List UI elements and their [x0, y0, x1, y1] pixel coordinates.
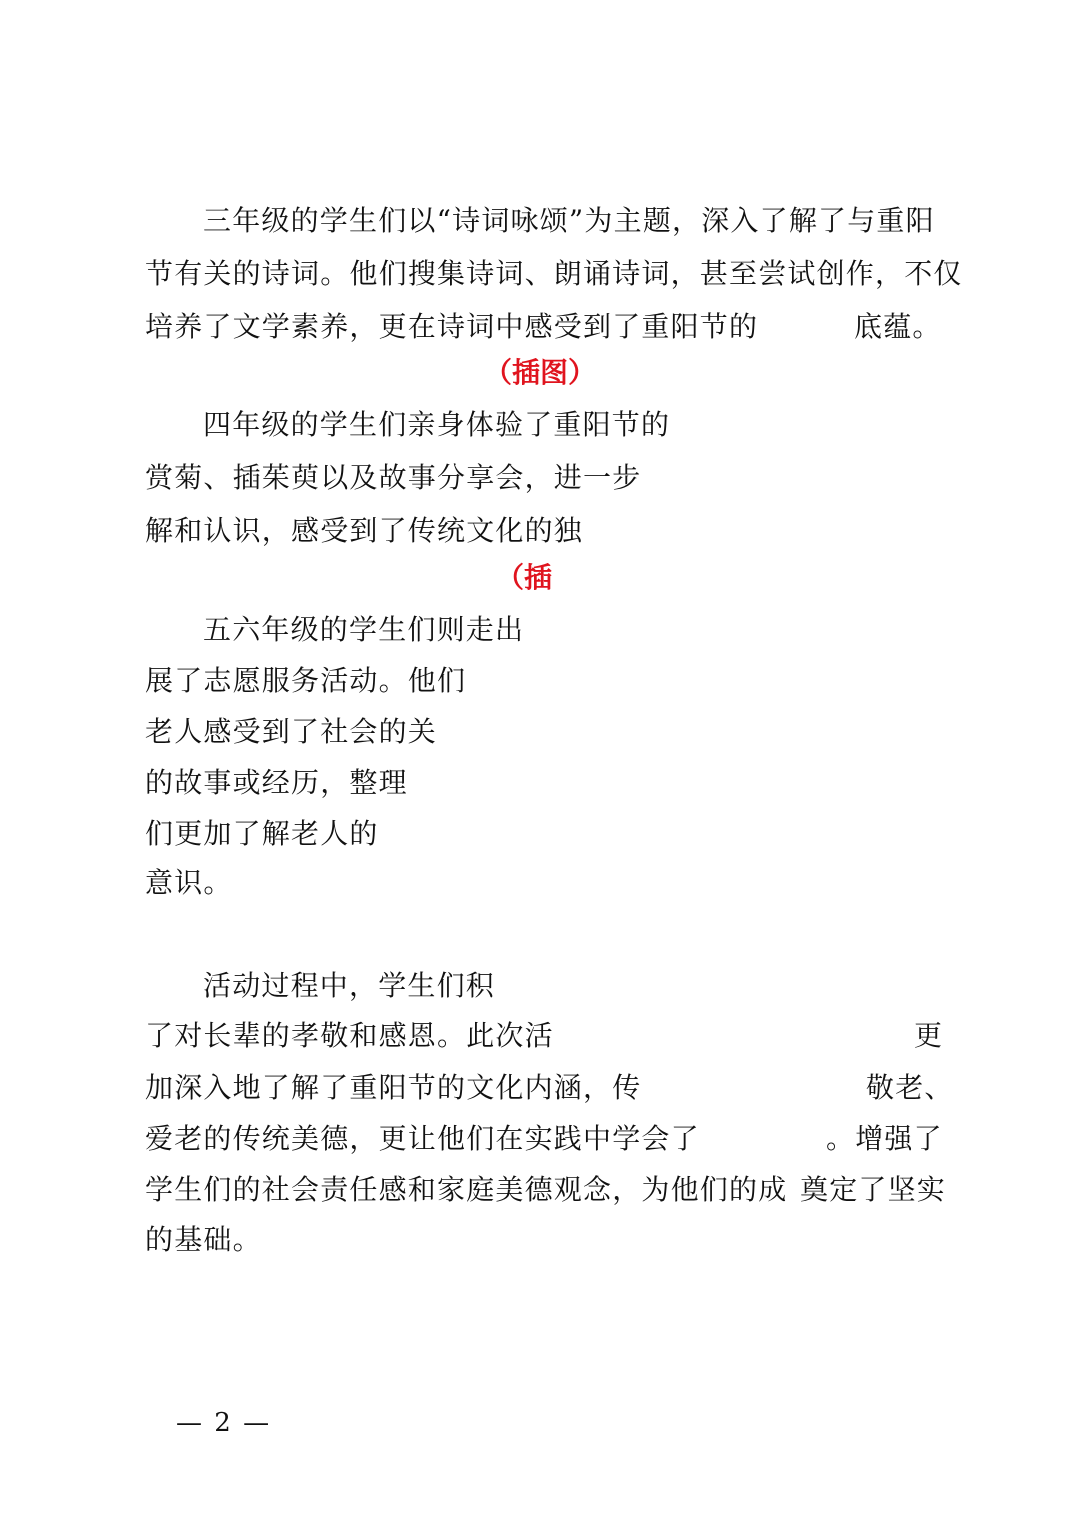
paragraph-grade3-line-3: 培养了文学素养，更在诗词中感受到了重阳节的 [145, 310, 758, 344]
paragraph-grade56-line-4: 的故事或经历，整理 [145, 766, 408, 800]
paragraph-summary-line-3: 加深入地了解了重阳节的文化内涵，传 [145, 1071, 641, 1105]
illustration-label-partial: （插 [496, 561, 552, 595]
paragraph-summary-line-2-end: 更 [914, 1019, 943, 1053]
paragraph-grade3-line-2: 节有关的诗词。他们搜集诗词、朗诵诗词，甚至尝试创作，不仅 [145, 257, 963, 291]
paragraph-grade56-line-1: 五六年级的学生们则走出 [203, 613, 524, 647]
paragraph-grade3-line-1: 三年级的学生们以“诗词咏颂”为主题，深入了解了与重阳 [203, 204, 935, 238]
paragraph-grade56-line-5: 们更加了解老人的 [145, 817, 379, 851]
paragraph-summary-line-2: 了对长辈的孝敬和感恩。此次活 [145, 1019, 554, 1053]
page-number: — 2 — [176, 1408, 271, 1438]
document-page: 三年级的学生们以“诗词咏颂”为主题，深入了解了与重阳 节有关的诗词。他们搜集诗词… [0, 0, 1080, 1527]
paragraph-summary-line-3-end: 敬老、 [866, 1071, 954, 1105]
paragraph-grade56-line-3: 老人感受到了社会的关 [145, 715, 437, 749]
paragraph-grade56-line-6: 意识。 [145, 866, 233, 900]
paragraph-grade4-line-3: 解和认识，感受到了传统文化的独 [145, 514, 583, 548]
paragraph-summary-line-5-end: 奠定了坚实 [800, 1173, 946, 1207]
paragraph-summary-line-1: 活动过程中，学生们积 [203, 969, 495, 1003]
illustration-label: （插图） [0, 356, 1080, 390]
paragraph-summary-line-5: 学生们的社会责任感和家庭美德观念，为他们的成 [145, 1173, 787, 1207]
paragraph-summary-line-4: 爱老的传统美德，更让他们在实践中学会了 [145, 1122, 700, 1156]
paragraph-grade56-line-2: 展了志愿服务活动。他们 [145, 664, 466, 698]
paragraph-summary-line-4-end: 。增强了 [826, 1122, 943, 1156]
paragraph-grade4-line-2: 赏菊、插茱萸以及故事分享会，进一步 [145, 461, 641, 495]
paragraph-grade4-line-1: 四年级的学生们亲身体验了重阳节的 [203, 408, 670, 442]
paragraph-summary-line-6: 的基础。 [145, 1223, 262, 1257]
paragraph-grade3-line-3-end: 底蕴。 [854, 310, 942, 344]
